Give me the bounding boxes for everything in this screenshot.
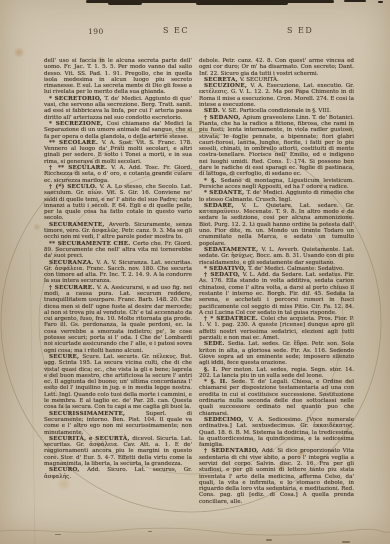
- entry-headword: SECURAMENTE,: [49, 222, 109, 228]
- dictionary-entry: † SECURARE.V. A. Assicurarsi, e ad uso f…: [44, 285, 192, 354]
- entry-body-text: V. L. Add. da Sedare. Lat. sedatus. Fir.…: [199, 272, 354, 316]
- dictionary-column-right: debole. Petr. canz. 42. 8. Con quest' ar…: [199, 58, 354, 505]
- entry-headword: SECURO,: [49, 467, 87, 473]
- dictionary-entry: SEDARE,V. L. Quietare. Lat. sedare. Gr. …: [199, 203, 354, 247]
- dictionary-column-left: dell' uso si faccia in le alcuna secreta…: [44, 58, 192, 505]
- paper-crease-line: [30, 250, 35, 544]
- entry-headword: † SEDENTARIO,: [204, 448, 262, 454]
- entry-body-text: Per meton. Lat. sedes, regia. Segn. stor…: [199, 367, 354, 379]
- dictionary-entry: † SEDATO,V. L. Add. da Sedare. Lat. seda…: [199, 272, 354, 316]
- scanned-book-page: 190 S EC S ED dell' uso si faccia in le …: [0, 0, 390, 544]
- column-header-right: S ED: [287, 26, 313, 35]
- page-number: 190: [88, 27, 104, 36]
- dictionary-entry: dell' uso si faccia in le alcuna secreta…: [44, 58, 192, 96]
- entry-headword: SECURANZA.: [49, 260, 96, 266]
- entry-headword: * SEDANTE,: [204, 190, 246, 196]
- entry-body-text: V. A. Assicurarsi, e ad uso fig. nei mod…: [44, 285, 192, 354]
- dictionary-entry: † SEDENTARIO,Add. Si dice proporzionato …: [199, 448, 354, 505]
- entry-headword: † SEDANO,: [204, 115, 243, 121]
- entry-headword: * SECRETORIO,: [49, 96, 104, 102]
- dictionary-entry: SECURISSIMAMENTE,Superl. di Securamente;…: [44, 411, 192, 436]
- entry-body-text: V. A. Lo stesso, che Secolo. Lat. saecul…: [44, 184, 192, 221]
- dictionary-entry: SECURO,Add. Sicuro. Lat. securus, Gr. ἀσ…: [44, 467, 192, 480]
- entry-body-text: Apium graveolens Linn. T. de' Botanici. …: [199, 115, 354, 178]
- dictionary-entry: SEDECIMO,V. A. Sedicesimo. [Voce numeral…: [199, 417, 354, 448]
- entry-headword: SED.: [204, 108, 222, 114]
- entry-headword: † SECURARE.: [49, 285, 97, 291]
- scan-edge-artifact: [242, 0, 334, 3]
- dictionary-entry: ** SECURAMENTE CHE.Certo che. Fr. Giord.…: [44, 241, 192, 260]
- entry-headword: * §.: [204, 178, 221, 184]
- dictionary-entry: §. I.Per meton. Lat. sedes, regia. Segn.…: [199, 367, 354, 380]
- entry-body-text: Sede. T. de' Legali. Chiesa, e Ordine de…: [199, 379, 354, 416]
- dictionary-entry: SECURAMENTE,Avverb. Sicuramente, senza t…: [44, 222, 192, 241]
- paper-speck: [266, 539, 272, 541]
- dictionary-entry: † (*) SECULO.V. A. Lo stesso, che Secolo…: [44, 184, 192, 222]
- paper-speck: [342, 541, 350, 543]
- dictionary-entry: SEDE.Sedia. Lat. sedes. Gr. ἕδρα. Petr. …: [199, 341, 354, 366]
- paper-speck: [148, 531, 152, 532]
- column-header-left: S EC: [163, 26, 189, 35]
- dictionary-entry: * §.Sedano di montagna, Ligusticum levis…: [199, 178, 354, 191]
- entry-headword: §. I.: [204, 367, 221, 373]
- entry-headword: * SEDATIVO,: [204, 266, 248, 272]
- entry-body-text: Sedano di montagna, Ligusticum levisticu…: [199, 178, 354, 190]
- entry-body-text: Add. Si dice proporzionato Vita sedentar…: [199, 448, 354, 504]
- scan-edge-artifact: [344, 0, 366, 2]
- scan-edge-artifact: [378, 1, 383, 3]
- entry-body-text: Scure. Lat. securis. Gr. πέλεκυς. But. a…: [44, 354, 192, 410]
- entry-headword: SEDARE,: [204, 203, 242, 209]
- dictionary-entry: SEDATAMENTE,V. L. Avverb. Quietamente. L…: [199, 247, 354, 266]
- dictionary-entry: SECURE,Scure. Lat. securis. Gr. πέλεκυς.…: [44, 354, 192, 411]
- foxing-spot: [13, 47, 25, 58]
- entry-headword: SEDATAMENTE,: [204, 247, 262, 253]
- dictionary-entry: SECUZIONE,V. A. Esecuzione. Lat. executi…: [199, 83, 354, 108]
- foxing-spot: [33, 223, 41, 231]
- entry-body-text: V. SE. Particella condizionale in §. VII…: [222, 108, 331, 114]
- scan-edge-artifact: [108, 0, 142, 5]
- entry-body-text: V. SECURITÀ.: [240, 77, 279, 83]
- entry-headword: SECURITÀ, e SECURTÀ,: [49, 436, 132, 442]
- entry-body-text: T. de' Medici. Calmante: Sedativo.: [248, 266, 344, 272]
- entry-body-text: debole. Petr. canz. 42. 8. Con quest' ar…: [199, 58, 354, 77]
- entry-headword: SECURISSIMAMENTE,: [49, 411, 146, 417]
- entry-body-text: V. L. Quietare. Lat. sedare. Gr. καταπρα…: [199, 203, 354, 247]
- entry-headword: SECRETA,: [204, 77, 240, 83]
- dictionary-entry: † SEDANO,Apium graveolens Linn. T. de' B…: [199, 115, 354, 178]
- dictionary-entry: SECURITÀ, e SECURTÀ,dicevol. Sicurta. La…: [44, 436, 192, 467]
- paper-speck: [55, 534, 61, 535]
- entry-headword: ** SECOLARE.: [49, 140, 102, 146]
- entry-headword: SEDE.: [204, 341, 228, 347]
- entry-body-text: dell' uso si faccia in le alcuna secreta…: [44, 58, 192, 95]
- entry-headword: ** SECURAMENTE CHE.: [49, 241, 133, 247]
- page-body: dell' uso si faccia in le alcuna secreta…: [44, 58, 354, 505]
- dictionary-entry: * SECRETORIO,T. de' Medici. Aggiunto di …: [44, 96, 192, 121]
- dictionary-entry: † * SEDATRICE.Colei che acquieta. Pros. …: [199, 316, 354, 341]
- dictionary-entry: * SECREZIONE,Cosi chiamano da' Medici la…: [44, 121, 192, 140]
- dictionary-entry: * SEDANTE,T. de' Medici. Aggiunto di rim…: [199, 190, 354, 203]
- dictionary-entry: ** SECOLARE.V. A. Sost. Vit. S. Franc. 1…: [44, 140, 192, 165]
- dictionary-entry: † ** SECULARE.V. A. Add. Tosc. Fr. Giord…: [44, 165, 192, 184]
- dictionary-entry: debole. Petr. canz. 42. 8. Con quest' ar…: [199, 58, 354, 77]
- dictionary-entry: * §. II.Sede. T. de' Legali. Chiesa, e O…: [199, 379, 354, 417]
- dictionary-entry: SECURANZA.V. A. V. Sicuranza. Lat. secur…: [44, 260, 192, 285]
